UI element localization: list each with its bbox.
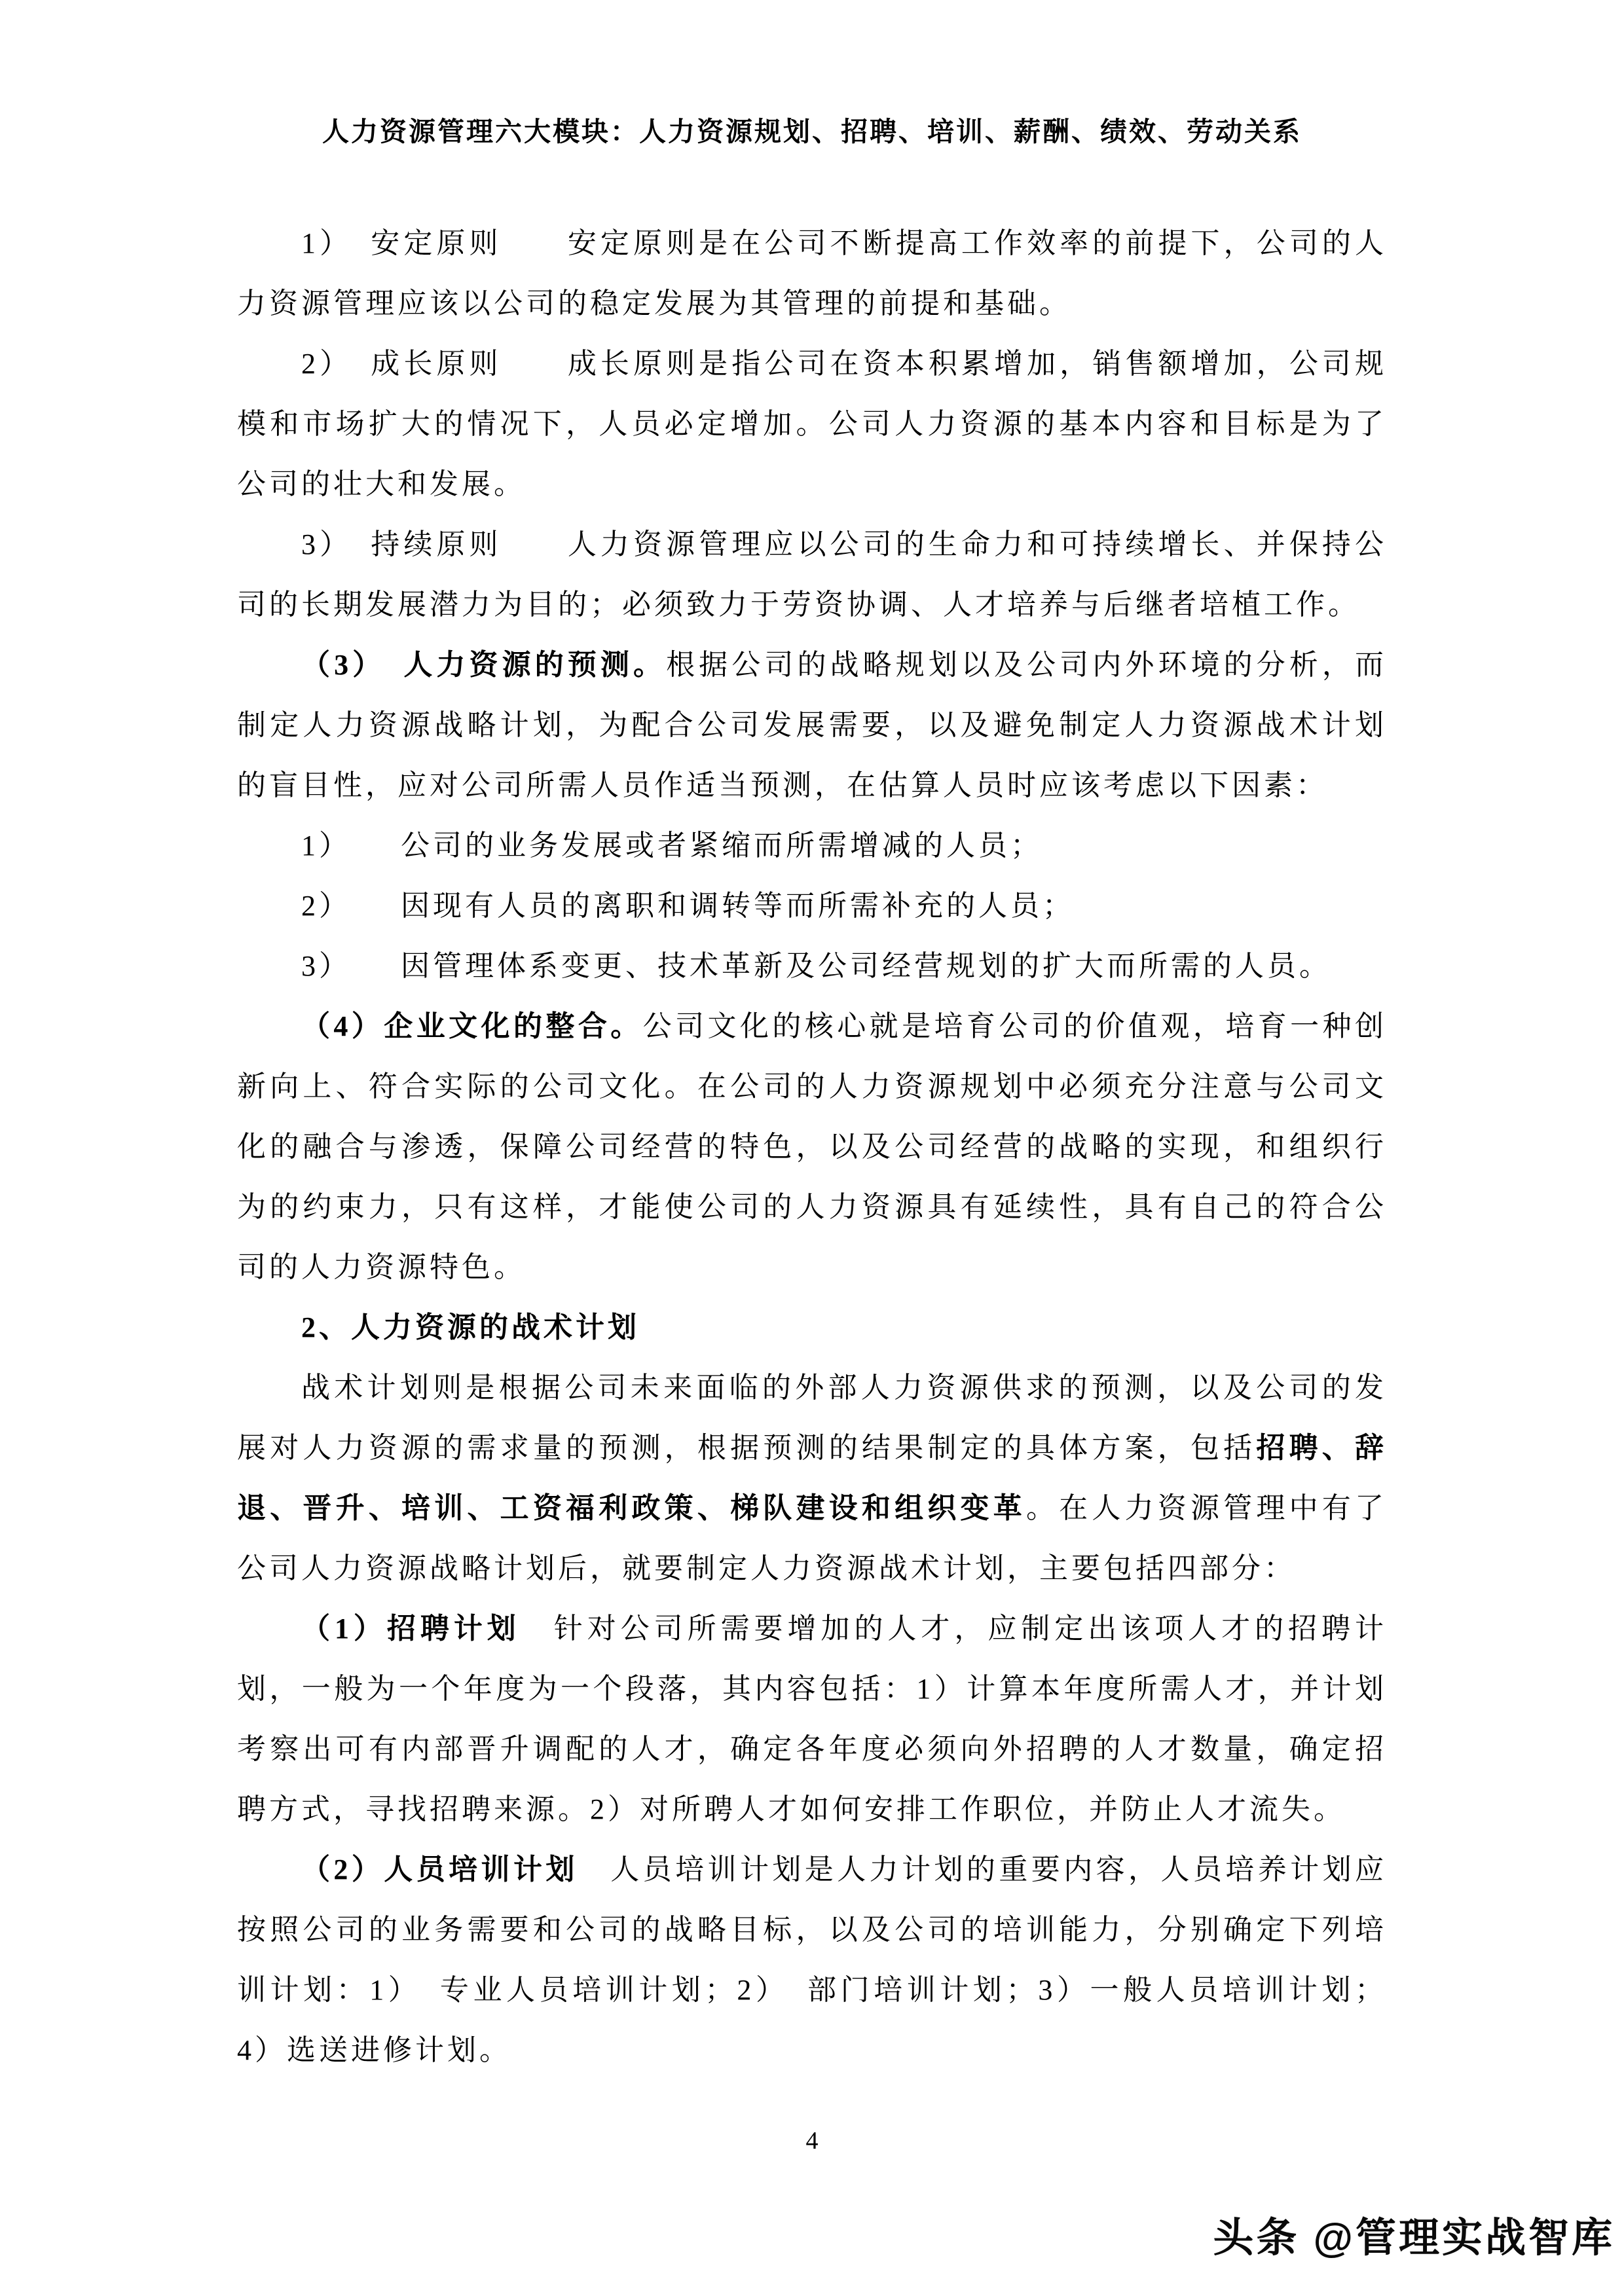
- page-header-title: 人力资源管理六大模块：人力资源规划、招聘、培训、薪酬、绩效、劳动关系: [0, 0, 1624, 151]
- section-label: （4）企业文化的整合。: [301, 1010, 643, 1042]
- paragraph-text: 3） 持续原则 人力资源管理应以公司的生命力和可持续增长、并保持公司的长期发展潜…: [237, 528, 1387, 621]
- paragraph-text: 2） 因现有人员的离职和调转等而所需补充的人员；: [301, 890, 1075, 922]
- paragraph-text: 3） 因管理体系变更、技术革新及公司经营规划的扩大而所需的人员。: [301, 950, 1331, 982]
- document-page: 人力资源管理六大模块：人力资源规划、招聘、培训、薪酬、绩效、劳动关系 1） 安定…: [0, 0, 1624, 2296]
- watermark: 头条 @管理实战智库: [1213, 2205, 1615, 2263]
- section-label: （2）人员培训计划: [301, 1853, 578, 1886]
- paragraph-text: 1） 公司的业务发展或者紧缩而所需增减的人员；: [301, 829, 1043, 862]
- section-culture-integration: （4）企业文化的整合。公司文化的核心就是培育公司的价值观，培育一种创新向上、符合…: [237, 996, 1387, 1298]
- paragraph-text: 公司文化的核心就是培育公司的价值观，培育一种创新向上、符合实际的公司文化。在公司…: [237, 1010, 1387, 1283]
- principle-item-growth: 2） 成长原则 成长原则是指公司在资本积累增加，销售额增加，公司规模和市场扩大的…: [237, 334, 1387, 515]
- section-label: （1）招聘计划: [301, 1613, 521, 1645]
- factor-item-3: 3） 因管理体系变更、技术革新及公司经营规划的扩大而所需的人员。: [237, 936, 1387, 996]
- section-hr-forecast: （3） 人力资源的预测。根据公司的战略规划以及公司内外环境的分析，而制定人力资源…: [237, 635, 1387, 816]
- paragraph-text: 1） 安定原则 安定原则是在公司不断提高工作效率的前提下，公司的人力资源管理应该…: [237, 227, 1387, 319]
- factor-item-1: 1） 公司的业务发展或者紧缩而所需增减的人员；: [237, 816, 1387, 876]
- para-recruitment-plan: （1）招聘计划 针对公司所需要增加的人才，应制定出该项人才的招聘计划，一般为一个…: [237, 1599, 1387, 1840]
- paragraph-text: 2） 成长原则 成长原则是指公司在资本积累增加，销售额增加，公司规模和市场扩大的…: [237, 348, 1387, 500]
- heading-tactical-plan: 2、人力资源的战术计划: [237, 1298, 1387, 1358]
- para-tactical-plan-intro: 战术计划则是根据公司未来面临的外部人力资源供求的预测，以及公司的发展对人力资源的…: [237, 1358, 1387, 1599]
- principle-item-stability: 1） 安定原则 安定原则是在公司不断提高工作效率的前提下，公司的人力资源管理应该…: [237, 213, 1387, 334]
- document-body: 1） 安定原则 安定原则是在公司不断提高工作效率的前提下，公司的人力资源管理应该…: [237, 213, 1387, 2081]
- section-label: （3） 人力资源的预测。: [301, 649, 666, 681]
- paragraph-text: 战术计划则是根据公司未来面临的外部人力资源供求的预测，以及公司的发展对人力资源的…: [237, 1372, 1387, 1464]
- page-number: 4: [0, 2126, 1624, 2155]
- heading-text: 2、人力资源的战术计划: [301, 1311, 640, 1343]
- para-training-plan: （2）人员培训计划 人员培训计划是人力计划的重要内容，人员培养计划应按照公司的业…: [237, 1840, 1387, 2081]
- factor-item-2: 2） 因现有人员的离职和调转等而所需补充的人员；: [237, 876, 1387, 936]
- principle-item-continuity: 3） 持续原则 人力资源管理应以公司的生命力和可持续增长、并保持公司的长期发展潜…: [237, 515, 1387, 635]
